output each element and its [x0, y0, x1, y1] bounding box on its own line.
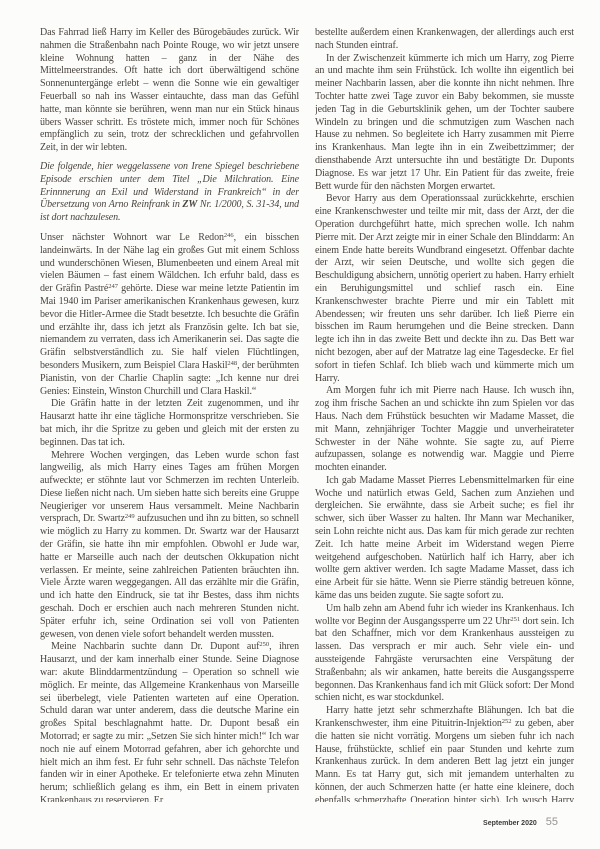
body-paragraph: Mehrere Wochen vergingen, das Leben wurd…	[40, 450, 299, 642]
footnote-reference: 248	[227, 360, 237, 367]
body-paragraph: Die Gräfin hatte in der letzten Zeit zug…	[40, 398, 299, 449]
footnote-reference: 252	[502, 718, 512, 725]
body-paragraph: Ich gab Madame Masset Pierres Lebensmitt…	[315, 475, 574, 603]
book-page: Das Fahrrad ließ Harry im Keller des Bür…	[0, 0, 600, 849]
body-paragraph: Meine Nachbarin suchte dann Dr. Dupont a…	[40, 641, 299, 802]
body-paragraph: Unser nächster Wohnort war Le Redon246, …	[40, 232, 299, 398]
body-paragraph: Das Fahrrad ließ Harry im Keller des Bür…	[40, 27, 299, 155]
page-number: 55	[546, 816, 558, 828]
body-paragraph: Um halb zehn am Abend fuhr ich wieder in…	[315, 603, 574, 705]
body-paragraph: Am Morgen fuhr ich mit Pierre nach Hause…	[315, 385, 574, 475]
body-paragraph: bestellte außerdem einen Krankenwagen, d…	[315, 27, 574, 53]
editorial-note: Die folgende, hier weggelassene von Iren…	[40, 161, 299, 225]
text-column-left: Das Fahrrad ließ Harry im Keller des Bür…	[40, 27, 299, 802]
body-paragraph: Bevor Harry aus dem Operationssaal zurüc…	[315, 193, 574, 385]
footnote-reference: 251	[510, 616, 520, 623]
page-footer: September 202055	[0, 812, 558, 830]
footnote-reference: 250	[259, 641, 269, 648]
footnote-reference: 246	[224, 232, 234, 239]
text-column-right: bestellte außerdem einen Krankenwagen, d…	[315, 27, 574, 802]
body-paragraph: Harry hatte jetzt sehr schmerzhafte Bläh…	[315, 705, 574, 802]
issue-date: September 2020	[483, 820, 537, 827]
footnote-reference: 247	[108, 283, 118, 290]
body-paragraph: In der Zwischenzeit kümmerte ich mich um…	[315, 53, 574, 194]
footnote-reference: 249	[125, 513, 135, 520]
